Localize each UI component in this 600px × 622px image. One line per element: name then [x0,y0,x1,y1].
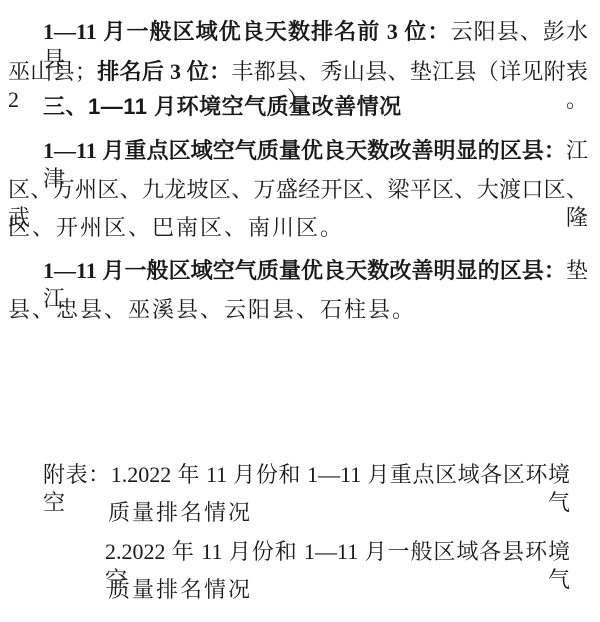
para1-line2-bold-leadin: 排名后 3 位： [97,59,231,84]
para3-line1-bold-leadin: 1—11 月一般区域空气质量优良天数改善明显的区县： [43,258,566,283]
para1-line2-county: 巫山县； [8,59,97,84]
section-heading: 三、1—11 月环境空气质量改善情况 [43,93,402,121]
document-page: 1—11 月一般区域优良天数排名前 3 位：云阳县、彭水县、 巫山县；排名后 3… [0,0,600,622]
para1-line1-bold-leadin: 1—11 月一般区域优良天数排名前 3 位： [43,19,451,44]
para2-line3: 区、开州区、巴南区、南川区。 [8,214,344,242]
para3-line2: 县、忠县、巫溪县、云阳县、石柱县。 [8,296,416,324]
appendix-label: 附表： [43,462,111,487]
appendix-item2-line2: 质量排名情况 [108,576,252,604]
para2-line1-bold-leadin: 1—11 月重点区域空气质量优良天数改善明显的区县： [43,138,566,163]
appendix-item1-line2: 质量排名情况 [108,499,252,527]
